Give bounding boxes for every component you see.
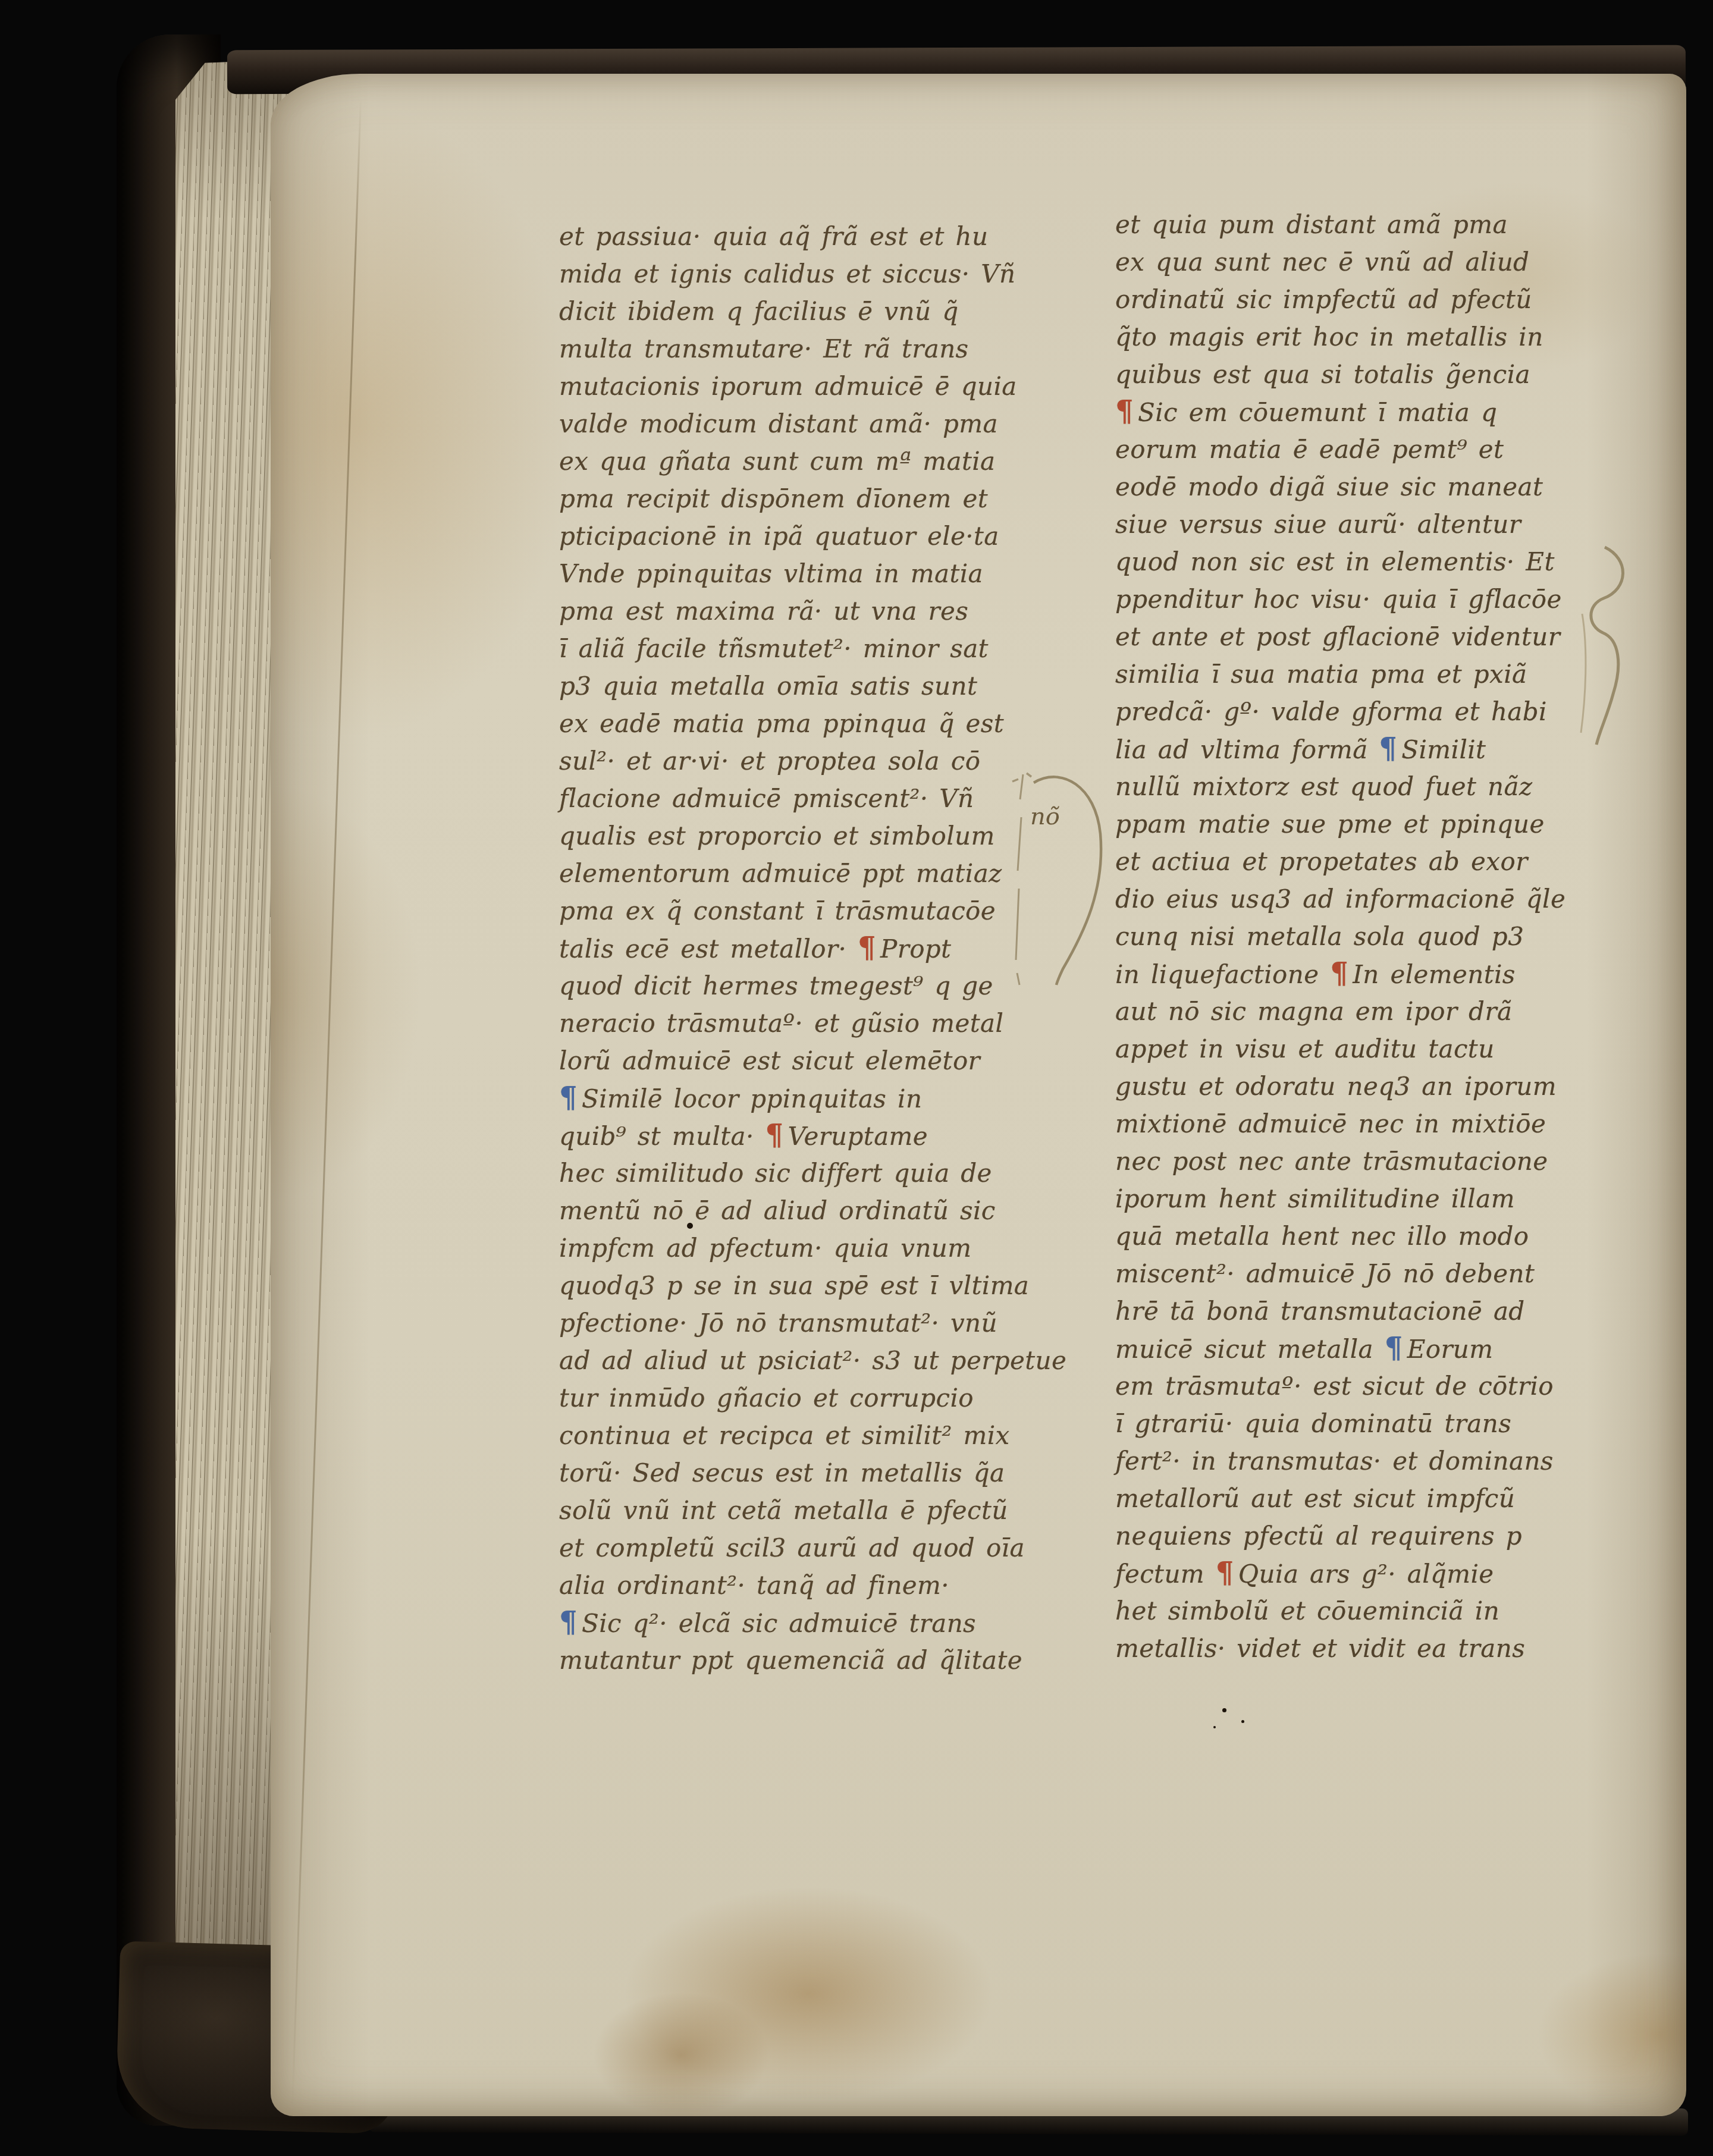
text-line: appet in visu et auditu tactu: [1115, 1030, 1627, 1068]
text-line: het simbolũ et cōueminciã in: [1115, 1592, 1627, 1630]
text-line: mutacionis iporum admuicē ē quia: [559, 368, 1059, 405]
ink-speck: [1213, 1726, 1216, 1728]
paraph-mark-red: ¶: [765, 1119, 784, 1152]
paraph-mark-blue: ¶: [1385, 1332, 1403, 1365]
text-line: iporum hent similitudine illam: [1115, 1180, 1627, 1217]
manuscript-page: et passiua· quia aq̃ frã est et humida e…: [271, 74, 1686, 2116]
text-line: quib⁹ st multa· ¶Veruptame: [559, 1117, 1059, 1154]
text-line: mutantur ppt quemenciã ad q̃litate: [559, 1642, 1059, 1679]
text-line: pfectione· Jō nō transmutat²· vnũ: [559, 1304, 1059, 1342]
text-line: Vnde ppinquitas vltima in matia: [559, 555, 1059, 592]
photo-backdrop: { "meta": { "description": "Photograph o…: [0, 0, 1713, 2156]
text-line: mida et ignis calidus et siccus· Vñ: [559, 255, 1059, 293]
text-line: q̃to magis erit hoc in metallis in: [1115, 318, 1627, 356]
text-line: ī gtrariū· quia dominatū trans: [1115, 1405, 1627, 1442]
text-line: continua et recipca et similit² mix: [559, 1417, 1059, 1454]
text-line: muicē sicut metalla ¶Eorum: [1115, 1330, 1627, 1367]
text-line: ex qua sunt nec ē vnũ ad aliud: [1115, 243, 1627, 281]
paraph-mark-red: ¶: [858, 931, 876, 965]
text-line: multa transmutare· Et rã trans: [559, 330, 1059, 368]
text-line: similia ī sua matia pma et pxiã: [1115, 655, 1627, 693]
left-column-text: et passiua· quia aq̃ frã est et humida e…: [559, 218, 1059, 1679]
text-line: et actiua et propetates ab exor: [1115, 843, 1627, 880]
text-line: ppam matie sue pme et ppinque: [1115, 805, 1627, 843]
text-line: elementorum admuicē ppt matiaz: [559, 855, 1059, 892]
paraph-mark-blue: ¶: [559, 1606, 578, 1639]
text-line: ex qua gñata sunt cum mª matia: [559, 443, 1059, 480]
text-line: metallis· videt et vidit ea trans: [1115, 1630, 1627, 1667]
text-line: et completũ scil3 aurũ ad quod oīa: [559, 1529, 1059, 1567]
text-line: neracio trāsmutaº· et gũsio metal: [559, 1005, 1059, 1042]
ink-speck: [1241, 1720, 1244, 1723]
text-line: ordinatũ sic impfectũ ad pfectũ: [1115, 281, 1627, 318]
text-line: flacione admuicē pmiscent²· Vñ: [559, 780, 1059, 817]
text-line: mentũ nō ē ad aliud ordinatũ sic: [559, 1192, 1059, 1229]
paraph-mark-blue: ¶: [559, 1081, 578, 1115]
right-column-text: et quia pum distant amã pmaex qua sunt n…: [1115, 206, 1627, 1667]
text-line: alia ordinant²· tanq̃ ad finem·: [559, 1567, 1059, 1604]
text-line: ¶Similē locor ppinquitas in: [559, 1079, 1059, 1117]
text-line: qualis est proporcio et simbolum: [559, 817, 1059, 855]
page-fold-line: [291, 99, 362, 2108]
text-line: et quia pum distant amã pma: [1115, 206, 1627, 243]
text-line: hec similitudo sic differt quia de: [559, 1154, 1059, 1192]
text-line: quodq3 p se in sua spē est ī vltima: [559, 1267, 1059, 1304]
text-line: quod dicit hermes tmegest⁹ q ge: [559, 967, 1059, 1005]
text-line: ¶Sic q²· elcã sic admuicē trans: [559, 1604, 1059, 1642]
text-line: em trāsmutaº· est sicut de cōtrio: [1115, 1367, 1627, 1405]
gutter-loop-mark: [1005, 764, 1115, 990]
margin-flourish-mark: [1570, 542, 1659, 751]
text-line: metallorũ aut est sicut impfcũ: [1115, 1480, 1627, 1517]
text-line: pma recipit dispōnem dīonem et: [559, 480, 1059, 517]
text-line: aut nō sic magna em ipor drã: [1115, 993, 1627, 1030]
text-line: ppenditur hoc visu· quia ī gflacōe: [1115, 580, 1627, 618]
text-line: talis ecē est metallor· ¶Propt: [559, 930, 1059, 967]
text-line: pticipacionē in ipã quatuor ele·ta: [559, 517, 1059, 555]
text-line: cunq nisi metalla sola quod p3: [1115, 918, 1627, 955]
text-line: nec post nec ante trāsmutacione: [1115, 1143, 1627, 1180]
text-line: quod non sic est in elementis· Et: [1115, 543, 1627, 580]
text-line: sul²· et ar·vi· et proptea sola cō: [559, 742, 1059, 780]
ink-speck: [687, 1223, 693, 1229]
text-line: valde modicum distant amã· pma: [559, 405, 1059, 443]
text-line: tur inmūdo gñacio et corrupcio: [559, 1379, 1059, 1417]
text-line: fert²· in transmutas· et dominans: [1115, 1442, 1627, 1480]
text-line: et ante et post gflacionē videntur: [1115, 618, 1627, 655]
text-line: solũ vnũ int cetã metalla ē pfectũ: [559, 1492, 1059, 1529]
text-line: ¶Sic em cōuemunt ī matia q: [1115, 393, 1627, 431]
text-line: quibus est qua si totalis g̃encia: [1115, 356, 1627, 393]
paraph-mark-red: ¶: [1115, 395, 1134, 428]
text-line: ad ad aliud ut psiciat²· s3 ut perpetue: [559, 1342, 1059, 1379]
text-line: miscent²· admuicē Jō nō debent: [1115, 1255, 1627, 1292]
text-line: lorũ admuicē est sicut elemētor: [559, 1042, 1059, 1079]
text-line: quā metalla hent nec illo modo: [1115, 1217, 1627, 1255]
text-line: in liquefactione ¶In elementis: [1115, 955, 1627, 993]
text-line: pma ex q̃ constant ī trāsmutacōe: [559, 892, 1059, 930]
ink-speck: [1222, 1708, 1226, 1712]
text-line: ex eadē matia pma ppinqua q̃ est: [559, 705, 1059, 742]
text-line: pma est maxima rã· ut vna res: [559, 592, 1059, 630]
paraph-mark-red: ¶: [1216, 1556, 1234, 1590]
text-line: hrē tā bonā transmutacionē ad: [1115, 1292, 1627, 1330]
text-line: lia ad vltima formã ¶Similit: [1115, 730, 1627, 768]
text-line: torũ· Sed secus est in metallis q̃a: [559, 1454, 1059, 1492]
paraph-mark-blue: ¶: [1379, 732, 1397, 765]
text-line: nequiens pfectũ al requirens p: [1115, 1517, 1627, 1555]
gutter-note: nõ: [1005, 764, 1115, 990]
text-line: siue versus siue aurũ· altentur: [1115, 506, 1627, 543]
text-line: nullũ mixtorz est quod fuet nãz: [1115, 768, 1627, 805]
text-line: eodē modo digã siue sic maneat: [1115, 468, 1627, 506]
text-line: gustu et odoratu neq3 an iporum: [1115, 1068, 1627, 1105]
text-line: impfcm ad pfectum· quia vnum: [559, 1229, 1059, 1267]
text-line: predcã· gº· valde gforma et habi: [1115, 693, 1627, 730]
text-line: mixtionē admuicē nec in mixtiōe: [1115, 1105, 1627, 1143]
text-line: dio eius usq3 ad informacionē q̃le: [1115, 880, 1627, 918]
text-line: dicit ibidem q facilius ē vnũ q̃: [559, 293, 1059, 330]
gutter-note-text: nõ: [1030, 803, 1060, 830]
text-line: ī aliã facile tñsmutet²· minor sat: [559, 630, 1059, 667]
paraph-mark-red: ¶: [1330, 957, 1348, 990]
text-line: et passiua· quia aq̃ frã est et hu: [559, 218, 1059, 255]
text-line: p3 quia metalla omīa satis sunt: [559, 667, 1059, 705]
text-line: fectum ¶Quia ars g²· alq̃mie: [1115, 1555, 1627, 1592]
text-line: eorum matia ē eadē pemt⁹ et: [1115, 431, 1627, 468]
